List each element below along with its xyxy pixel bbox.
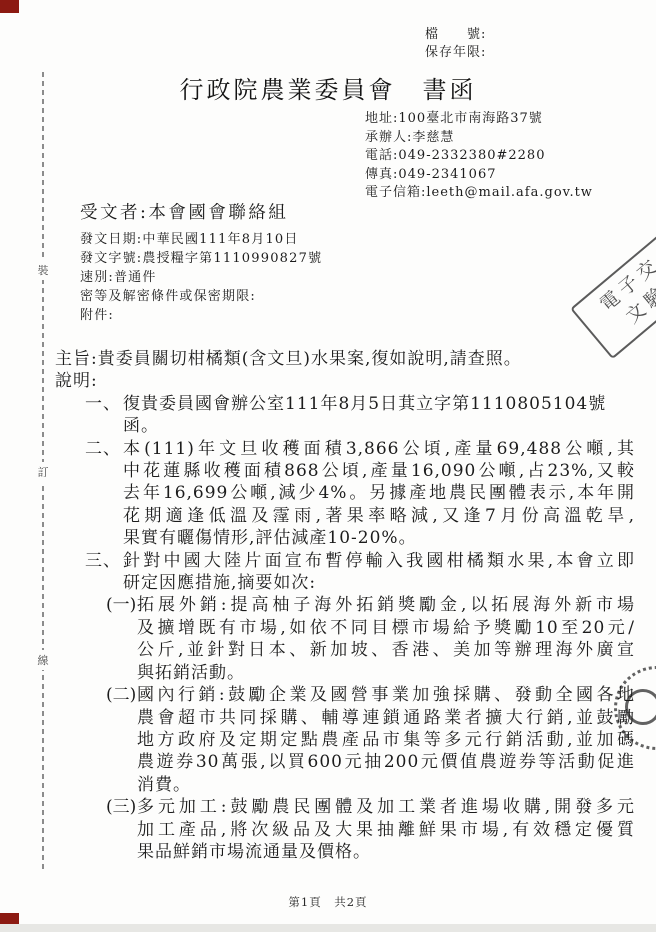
list-item-2-line: 中花蓮縣收穫面積868公頃,產量16,090公噸,占23%,又較 (123, 460, 635, 482)
retention-period-label: 保存年限: (425, 44, 486, 62)
sender-contact-block: 地址:100臺北市南海路37號 承辦人:李慈慧 電話:049-2332380#2… (365, 110, 593, 203)
file-number-label: 檔 號: (425, 26, 486, 44)
sub-item-3-line: 多元加工:鼓勵農民團體及加工業者進場收購,開發多元 (137, 796, 635, 818)
binding-mark-zhuang: 裝 (33, 260, 53, 280)
sub-item-2-line: 地方政府及定期定點農產品市集等多元行銷活動,並加碼 (137, 729, 635, 751)
page-title: 行政院農業委員會 書函 (0, 70, 656, 105)
list-item-1-number: 一、 (85, 393, 121, 415)
official-letter-page: 裝 訂 線 檔 號: 保存年限: 行政院農業委員會 書函 地址:100臺北市南海… (0, 0, 656, 932)
list-item-2-number: 二、 (85, 438, 121, 460)
sender-fax: 傳真:049-2341067 (365, 166, 593, 185)
sender-address: 地址:100臺北市南海路37號 (365, 110, 593, 129)
list-item-1: 一、 復貴委員國會辦公室111年8月5日萁立字第1110805104號函。 (123, 393, 635, 438)
binding-mark-xian: 線 (33, 650, 53, 670)
list-item-2-line: 去年16,699公噸,減少4%。另據產地農民團體表示,本年開 (123, 482, 635, 504)
sub-item-2-line: 農遊券30萬張,以買600元抽200元價值農遊券等活動促進 (137, 751, 635, 773)
sender-phone: 電話:049-2332380#2280 (365, 147, 593, 166)
sub-item-2-line: 消費。 (137, 774, 635, 796)
sub-item-3-number: (三) (106, 796, 136, 818)
sub-item-1-number: (一) (106, 594, 136, 616)
sender-email: 電子信箱:leeth@mail.afa.gov.tw (365, 184, 593, 203)
scan-corner-mark-top (0, 0, 19, 13)
sub-item-1: (一) 拓展外銷:提高柚子海外拓銷獎勵金,以拓展海外新市場 及擴增既有市場,如依… (137, 594, 635, 684)
list-item-2: 二、 本(111)年文旦收穫面積3,866公頃,產量69,488公噸,其 中花蓮… (123, 438, 635, 550)
sub-item-1-line: 拓展外銷:提高柚子海外拓銷獎勵金,以拓展海外新市場 (137, 594, 635, 616)
recipient-line: 受文者:本會國會聯絡組 (80, 199, 288, 224)
document-number: 發文字號:農授糧字第1110990827號 (80, 249, 322, 268)
page-number-footer: 第1頁 共2頁 (0, 894, 656, 910)
sender-contact-person: 承辦人:李慈慧 (365, 129, 593, 148)
list-item-2-line: 花期適逢低溫及霪雨,著果率略減,又逢7月份高溫乾旱, (123, 505, 635, 527)
sub-item-2-number: (二) (106, 684, 136, 706)
electronic-exchange-stamp: 電子交 文驗 (570, 229, 656, 359)
security-classification: 密等及解密條件或保密期限: (80, 287, 322, 306)
list-item-3-line: 針對中國大陸片面宣布暫停輸入我國柑橘類水果,本會立即 (123, 550, 635, 572)
sub-item-1-line: 及擴增既有市場,如依不同目標市場給予獎勵10至20元/ (137, 617, 635, 639)
sub-item-3-line: 加工產品,將次級品及大果抽離鮮果市場,有效穩定優質 (137, 819, 635, 841)
sub-item-2-line: 國內行銷:鼓勵企業及國營事業加強採購、發動全國各地 (137, 684, 635, 706)
page-bottom-edge (0, 924, 656, 932)
letter-body: 主旨:貴委員關切柑橘類(含文旦)水果案,復如說明,請查照。 說明: 一、 復貴委… (55, 348, 637, 863)
sub-item-2: (二) 國內行銷:鼓勵企業及國營事業加強採購、發動全國各地 農會超市共同採購、輔… (137, 684, 635, 796)
list-item-2-line: 本(111)年文旦收穫面積3,866公頃,產量69,488公噸,其 (123, 438, 635, 460)
sub-item-1-line: 與拓銷活動。 (137, 662, 635, 684)
issue-date: 發文日期:中華民國111年8月10日 (80, 230, 322, 249)
subject-line: 主旨:貴委員關切柑橘類(含文旦)水果案,復如說明,請查照。 (55, 348, 637, 370)
sub-item-3-line: 果品鮮銷市場流通量及價格。 (137, 841, 635, 863)
explanation-label: 說明: (55, 370, 637, 392)
priority-level: 速別:普通件 (80, 268, 322, 287)
sub-item-1-line: 公斤,並針對日本、新加坡、香港、美加等辦理海外廣宣 (137, 639, 635, 661)
attachment-label: 附件: (80, 306, 322, 325)
list-item-2-line: 果實有曬傷情形,評估減產10-20%。 (123, 527, 635, 549)
sub-item-2-line: 農會超市共同採購、輔導連鎖通路業者擴大行銷,並鼓勵 (137, 707, 635, 729)
document-meta-block: 發文日期:中華民國111年8月10日 發文字號:農授糧字第1110990827號… (80, 230, 322, 325)
binding-mark-ding: 訂 (33, 462, 53, 482)
list-item-3-number: 三、 (85, 550, 121, 572)
sub-item-3: (三) 多元加工:鼓勵農民團體及加工業者進場收購,開發多元 加工產品,將次級品及… (137, 796, 635, 863)
list-item-3-line: 研定因應措施,摘要如次: (123, 572, 635, 594)
file-reference-block: 檔 號: 保存年限: (425, 26, 486, 62)
list-item-3: 三、 針對中國大陸片面宣布暫停輸入我國柑橘類水果,本會立即 研定因應措施,摘要如… (123, 550, 635, 595)
list-item-1-line: 復貴委員國會辦公室111年8月5日萁立字第1110805104號函。 (123, 393, 635, 438)
